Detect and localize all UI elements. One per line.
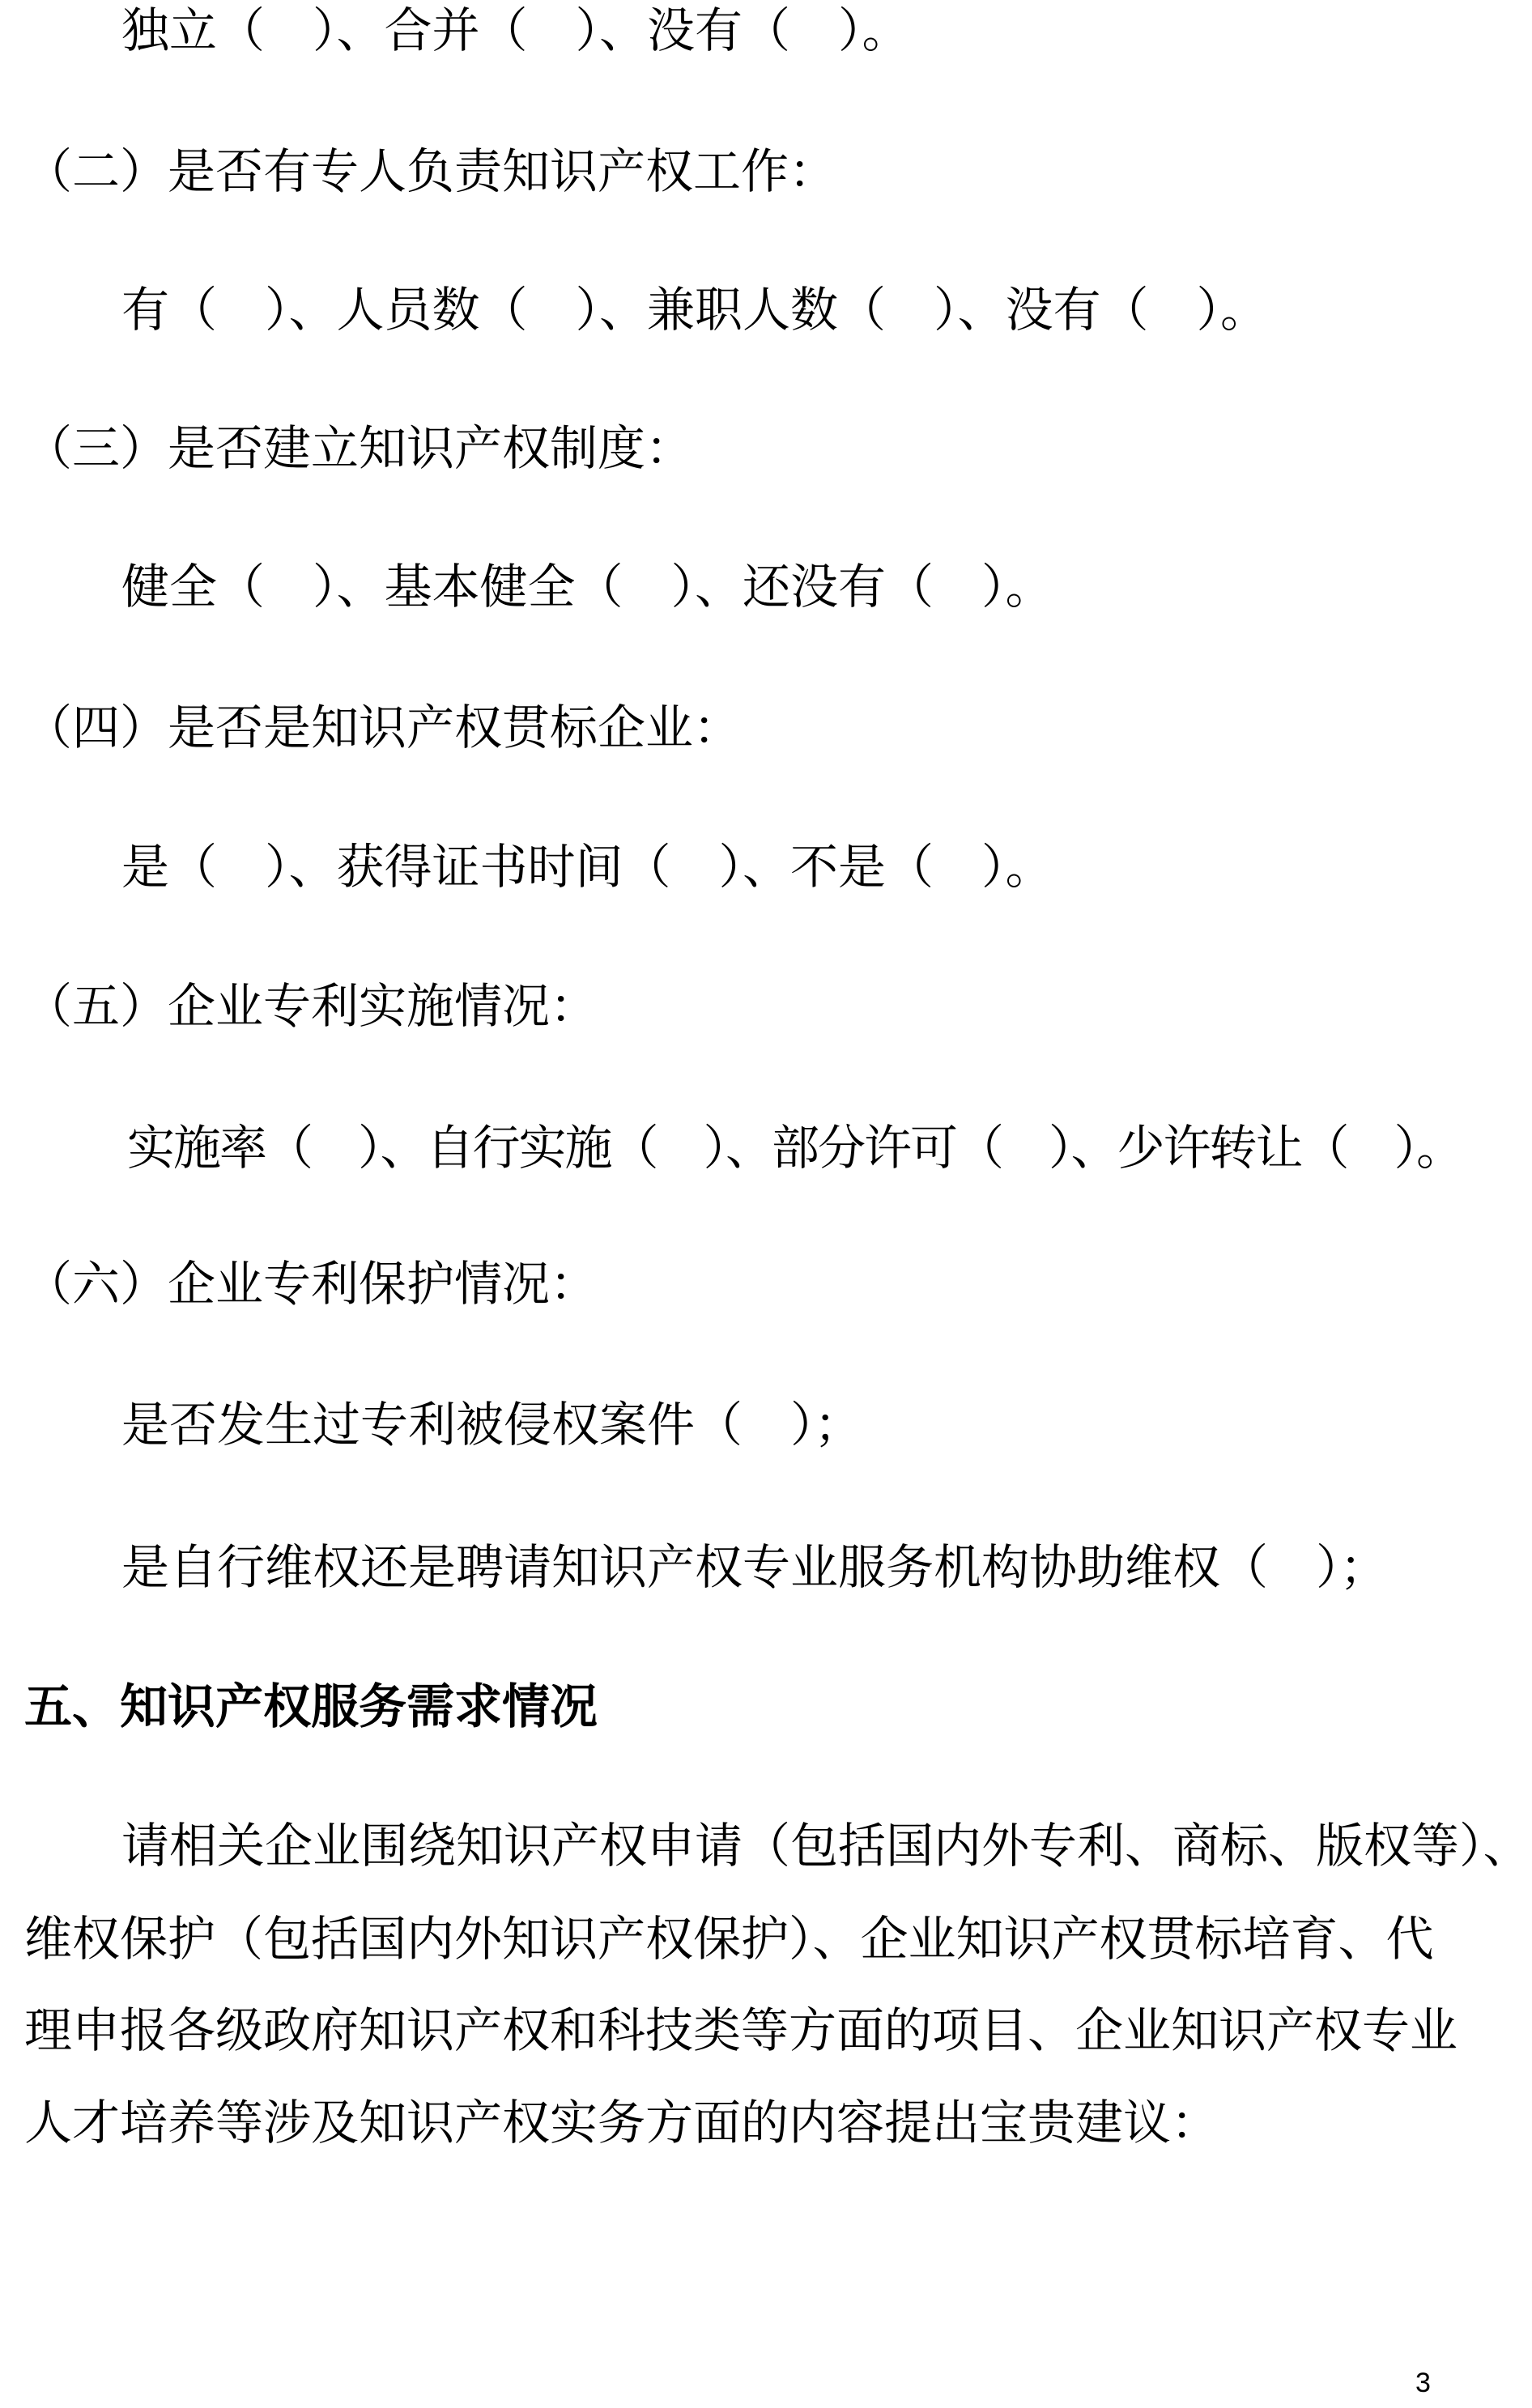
paragraph-line-4: 人才培养等涉及知识产权实务方面的内容提出宝贵建议：: [24, 2099, 1429, 2147]
paragraph-line-1: 请相关企业围绕知识产权申请（包括国内外专利、商标、版权等）、: [121, 1822, 1429, 1870]
question-6-title: （六）企业专利保护情况：: [24, 1260, 598, 1308]
section-5-heading: 五、知识产权服务需求情况: [24, 1683, 598, 1731]
question-2-title: （二）是否有专人负责知识产权工作：: [24, 147, 836, 196]
paragraph-line-2: 维权保护（包括国内外知识产权保护）、企业知识产权贯标培育、代: [24, 1915, 1429, 1963]
cooperation-options-line: 独立（ ）、合并（ ）、没有（ ）。: [121, 6, 910, 55]
question-3-options: 健全（ ）、基本健全（ ）、还没有（ ）。: [121, 563, 1053, 611]
question-3-title: （三）是否建立知识产权制度：: [24, 424, 693, 473]
paragraph-line-3: 理申报各级政府知识产权和科技类等方面的项目、企业知识产权专业: [24, 2006, 1429, 2055]
question-4-options: 是（ ）、获得证书时间（ ）、不是（ ）。: [121, 843, 1053, 891]
question-6-item-rights-protection: 是自行维权还是聘请知识产权专业服务机构协助维权（ ）；: [121, 1543, 1388, 1592]
question-5-title: （五）企业专利实施情况：: [24, 982, 598, 1031]
question-4-title: （四）是否是知识产权贯标企业：: [24, 704, 741, 752]
page-number: 3: [1415, 2368, 1431, 2398]
question-6-item-infringement: 是否发生过专利被侵权案件（ ）；: [121, 1401, 862, 1449]
question-5-options: 实施率（ ）、自行实施（ ）、部分许可（ ）、少许转让（ ）。: [127, 1124, 1462, 1172]
question-2-options: 有（ ）、人员数（ ）、兼职人数（ ）、没有（ ）。: [121, 286, 1268, 334]
